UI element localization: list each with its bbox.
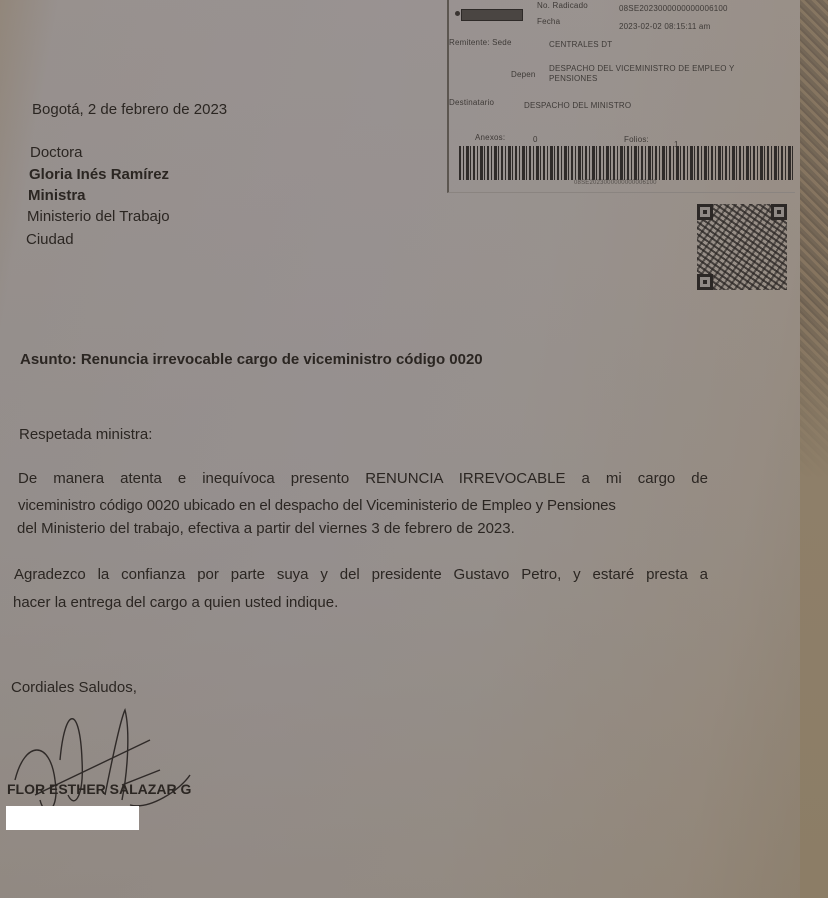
destinatario-label: Destinatario <box>449 98 494 107</box>
paragraph-1-line-1: De manera atenta e inequívoca presento R… <box>18 470 708 487</box>
anexos-label: Anexos: <box>475 133 505 142</box>
destinatario-value: DESPACHO DEL MINISTRO <box>524 101 631 110</box>
ministry-logo <box>461 9 523 21</box>
remitente-label: Remitente: Sede <box>449 38 512 47</box>
qr-code <box>697 204 787 290</box>
place-date: Bogotá, 2 de febrero de 2023 <box>32 101 227 118</box>
paragraph-2-line-1: Agradezco la confianza por parte suya y … <box>14 566 708 583</box>
radicado-value: 08SE2023000000000006100 <box>619 4 728 13</box>
signer-name: FLOR ESTHER SALAZAR G <box>7 781 191 797</box>
anexos-value: 0 <box>533 135 538 144</box>
closing: Cordiales Saludos, <box>11 679 137 696</box>
barcode <box>459 146 795 180</box>
depen-label: Depen <box>511 70 536 79</box>
redacted-area <box>6 806 139 830</box>
folios-label: Folios: <box>624 135 649 144</box>
recipient-title: Doctora <box>30 144 83 161</box>
barcode-number: 08SE2023000000000006100 <box>574 180 657 186</box>
qr-finder-icon <box>697 274 713 290</box>
paragraph-1-line-3: del Ministerio del trabajo, efectiva a p… <box>17 520 515 537</box>
recipient-entity: Ministerio del Trabajo <box>27 208 170 225</box>
fecha-value: 2023-02-02 08:15:11 am <box>619 22 710 31</box>
fecha-label: Fecha <box>537 17 560 26</box>
recipient-name: Gloria Inés Ramírez <box>29 166 169 183</box>
subject-text: Renuncia irrevocable cargo de viceminist… <box>81 351 483 368</box>
recipient-city: Ciudad <box>26 231 74 248</box>
qr-finder-icon <box>697 204 713 220</box>
subject-label: Asunto: <box>20 351 77 368</box>
recipient-position: Ministra <box>28 187 86 204</box>
salutation: Respetada ministra: <box>19 426 152 443</box>
subject-line: Asunto: Renuncia irrevocable cargo de vi… <box>20 351 483 368</box>
depen-value-line2: PENSIONES <box>549 74 597 83</box>
depen-value-line1: DESPACHO DEL VICEMINISTRO DE EMPLEO Y <box>549 64 735 73</box>
remitente-value: CENTRALES DT <box>549 40 612 49</box>
seal-icon <box>455 11 460 16</box>
paragraph-1-line-2: viceministro código 0020 ubicado en el d… <box>18 497 616 514</box>
radicado-label: No. Radicado <box>537 1 588 10</box>
paragraph-2-line-2: hacer la entrega del cargo a quien usted… <box>13 594 338 611</box>
qr-finder-icon <box>771 204 787 220</box>
filing-stamp: No. Radicado 08SE2023000000000006100 Fec… <box>447 0 795 193</box>
page-edge-shadow <box>800 300 828 898</box>
